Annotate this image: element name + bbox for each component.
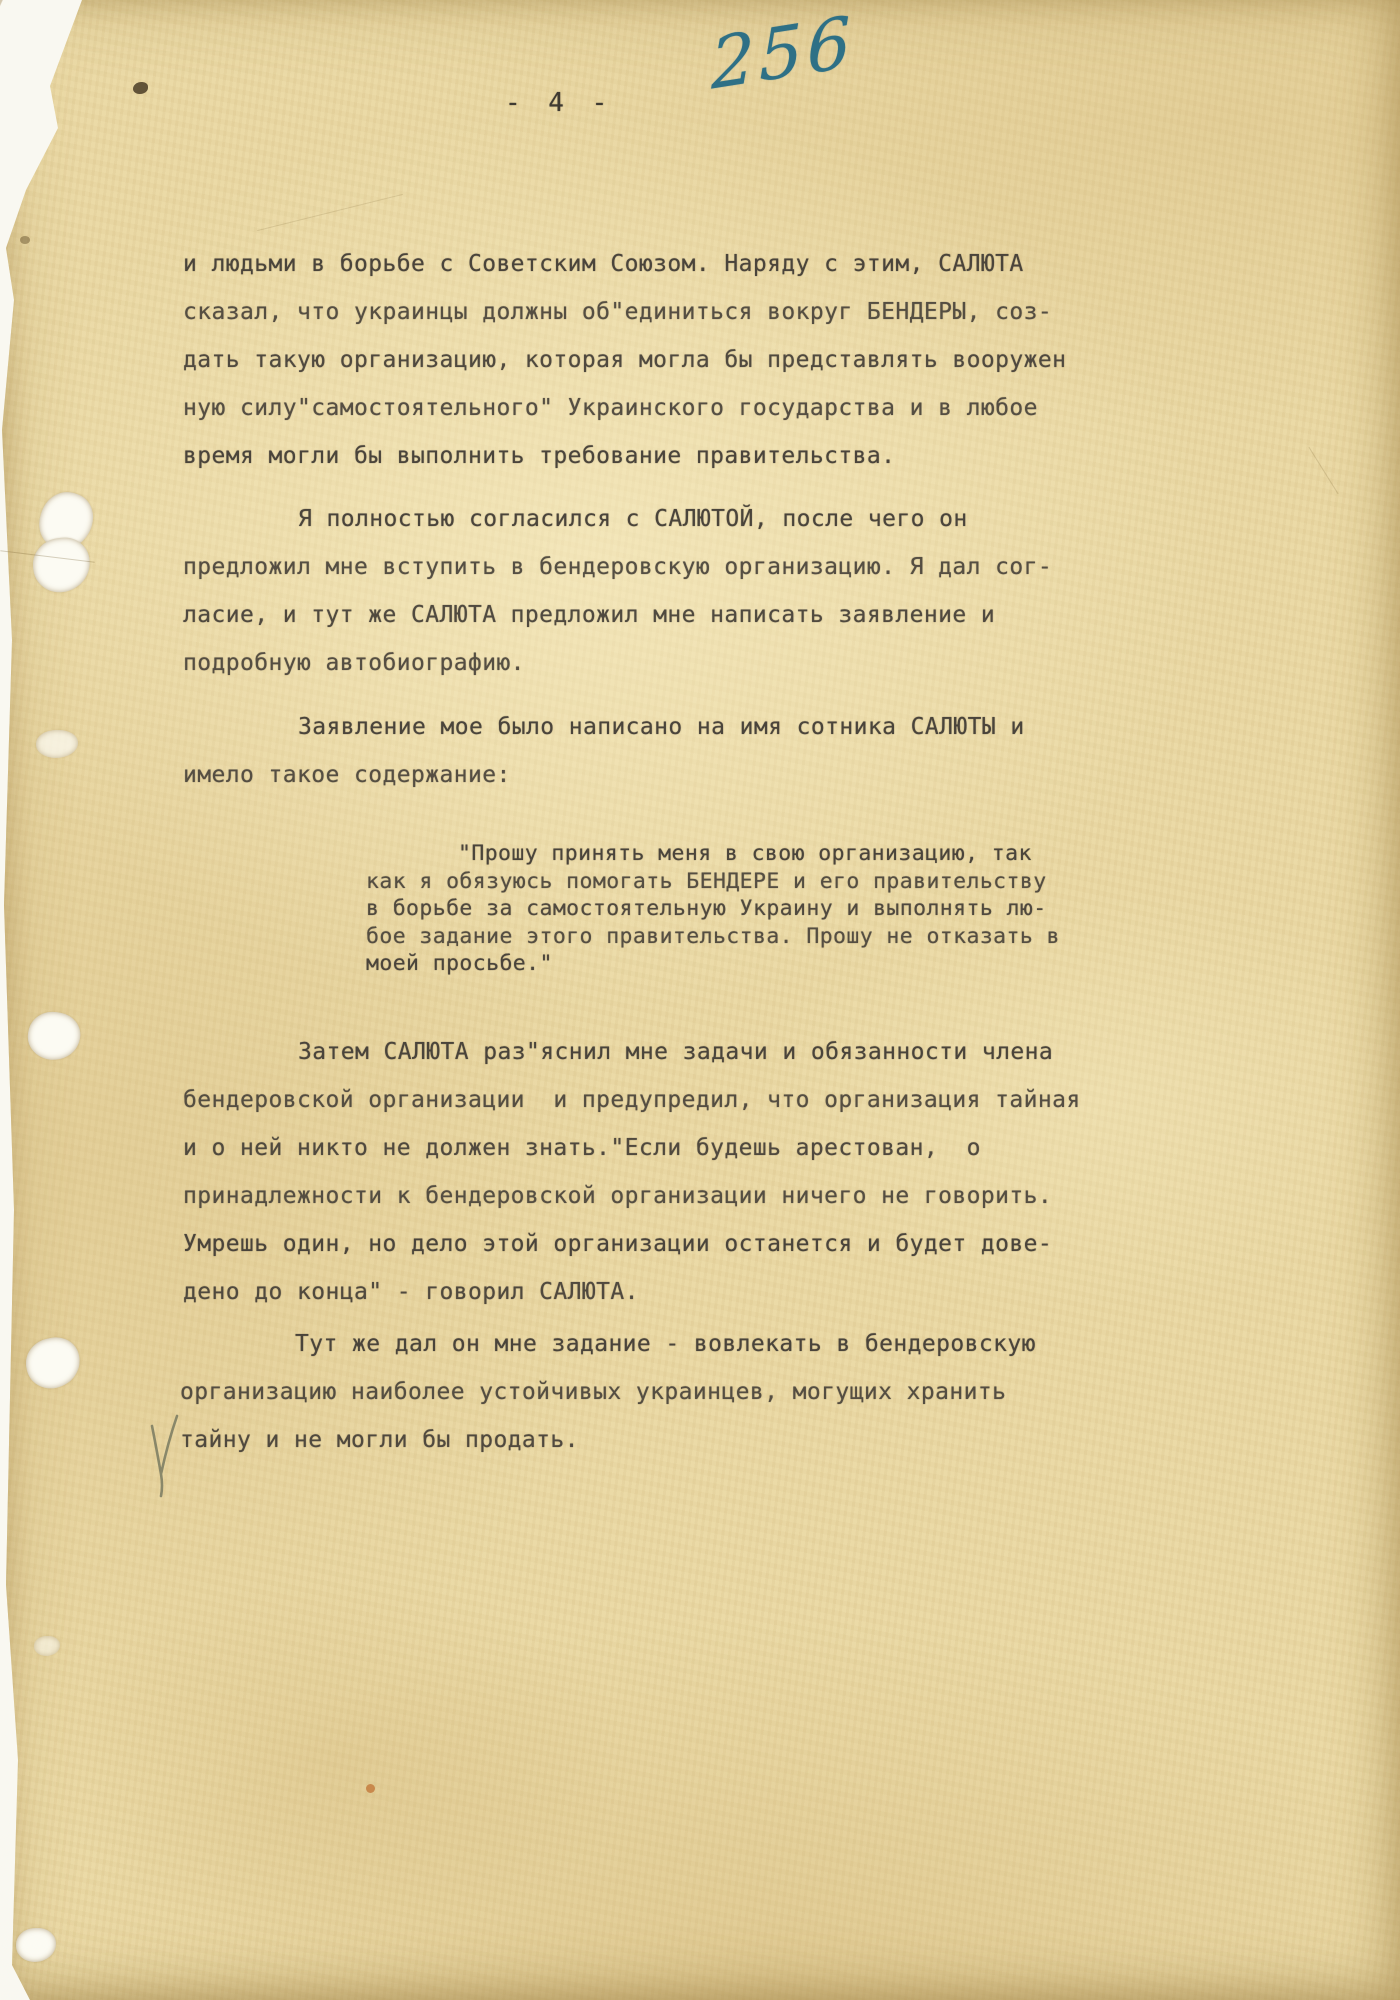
typed-line: бое задание этого правительства. Прошу н…	[366, 923, 1060, 951]
typed-line: организацию наиболее устойчивых украинце…	[180, 1368, 1036, 1416]
typed-line: как я обязуюсь помогать БЕНДЕРЕ и его пр…	[366, 868, 1060, 896]
typed-line: "Прошу принять меня в свою организацию, …	[366, 840, 1060, 868]
typed-line: в борьбе за самостоятельную Украину и вы…	[366, 895, 1060, 923]
typed-line: дено до конца" - говорил САЛЮТА.	[183, 1268, 1081, 1316]
typed-line: и людьми в борьбе с Советским Союзом. На…	[183, 240, 1066, 288]
paragraph-2: Я полностью согласился с САЛЮТОЙ, после …	[183, 495, 1052, 687]
typed-line: Затем САЛЮТА раз"яснил мне задачи и обяз…	[183, 1028, 1081, 1076]
typed-line: Я полностью согласился с САЛЮТОЙ, после …	[183, 495, 1052, 543]
page-number: - 4 -	[505, 88, 613, 118]
typed-line: тайну и не могли бы продать.	[180, 1416, 1036, 1464]
typed-line: Заявление мое было написано на имя сотни…	[183, 703, 1025, 751]
paragraph-1: и людьми в борьбе с Советским Союзом. На…	[183, 240, 1066, 480]
typed-line: принадлежности к бендеровской организаци…	[183, 1172, 1081, 1220]
typed-line: ласие, и тут же САЛЮТА предложил мне нап…	[183, 591, 1052, 639]
typed-line: моей просьбе."	[366, 950, 1060, 978]
typed-line: Умрешь один, но дело этой организации ос…	[183, 1220, 1081, 1268]
speck	[20, 236, 30, 244]
document-scan: 256 - 4 - и людьми в борьбе с Советским …	[0, 0, 1400, 2000]
checkmark-annotation	[148, 1412, 182, 1502]
rust-speck	[366, 1784, 375, 1793]
typed-line: сказал, что украинцы должны об"единиться…	[183, 288, 1066, 336]
typed-line: и о ней никто не должен знать."Если буде…	[183, 1124, 1081, 1172]
typed-line: подробную автобиографию.	[183, 639, 1052, 687]
typed-line: имело такое содержание:	[183, 751, 1025, 799]
paragraph-5: Тут же дал он мне задание - вовлекать в …	[180, 1320, 1036, 1464]
paragraph-4: Затем САЛЮТА раз"яснил мне задачи и обяз…	[183, 1028, 1081, 1316]
blockquote-statement: "Прошу принять меня в свою организацию, …	[366, 840, 1060, 978]
typed-line: предложил мне вступить в бендеровскую ор…	[183, 543, 1052, 591]
typed-line: время могли бы выполнить требование прав…	[183, 432, 1066, 480]
paragraph-3: Заявление мое было написано на имя сотни…	[183, 703, 1025, 799]
typed-line: бендеровской организации и предупредил, …	[183, 1076, 1081, 1124]
typed-line: ную силу"самостоятельного" Украинского г…	[183, 384, 1066, 432]
typed-line: Тут же дал он мне задание - вовлекать в …	[180, 1320, 1036, 1368]
typed-line: дать такую организацию, которая могла бы…	[183, 336, 1066, 384]
